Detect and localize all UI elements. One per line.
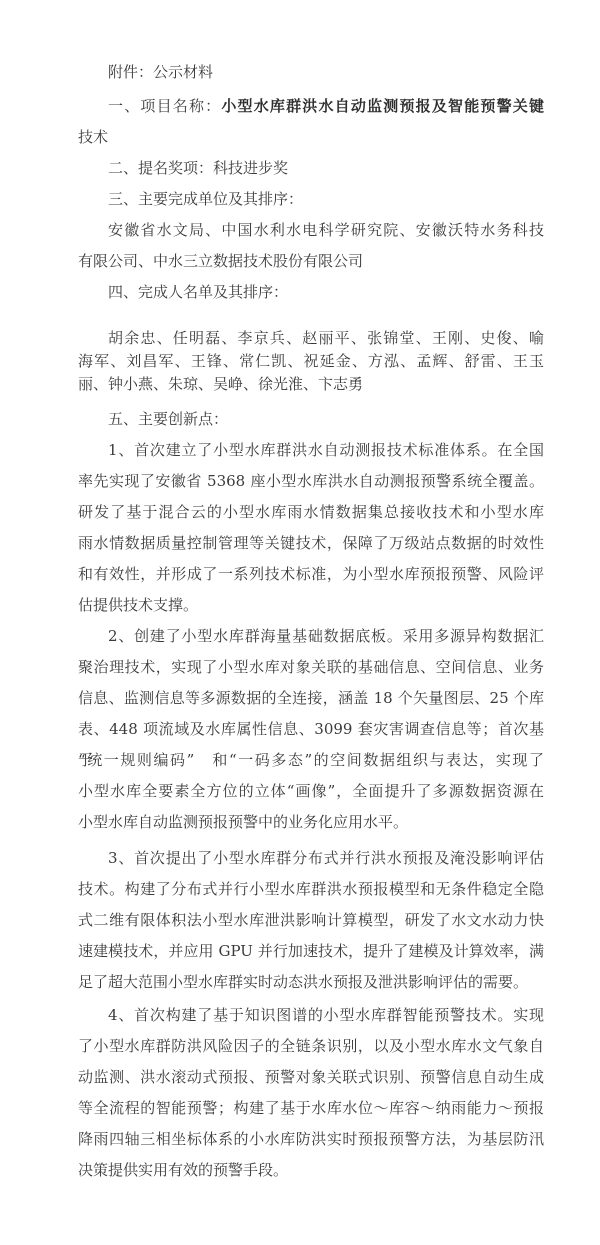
project-title-tail: 技术 — [78, 122, 544, 153]
project-name-bold: 小型水库群洪水自动监测预报及智能预警关键 — [221, 97, 544, 115]
innovation-point-4: 4、首次构建了基于知识图谱的小型水库群智能预警技术。实现 了小型水库群防洪风险因… — [78, 1000, 544, 1186]
names-line-3: 丽、钟小燕、朱琼、吴峥、徐光淮、卞志勇 — [78, 373, 544, 396]
award-line: 二、提名奖项：科技进步奖 — [78, 153, 544, 184]
project-label: 一、项目名称： — [108, 97, 221, 115]
innovation-point-1: 1、首次建立了小型水库群洪水自动测报技术标准体系。在全国 率先实现了安徽省 53… — [78, 435, 544, 621]
point1-line-3: 研发了基于混合云的小型水库雨水情数据集总接收技术和小型水库 — [78, 497, 544, 528]
names-line-1: 胡余忠、任明磊、李京兵、赵丽平、张锦堂、王刚、史俊、喻 — [78, 327, 544, 350]
point2-line-2: 聚治理技术，实现了小型水库对象关联的基础信息、空间信息、业务 — [78, 652, 544, 683]
document-page: 附件：公示材料 一、项目名称：小型水库群洪水自动监测预报及智能预警关键 技术 二… — [0, 0, 600, 1245]
point4-line-3: 动监测、洪水滚动式预报、预警对象关联式识别、预警信息自动生成 — [78, 1062, 544, 1093]
units-line-1: 安徽省水文局、中国水利水电科学研究院、安徽沃特水务科技 — [78, 215, 544, 246]
point2-line-7: 小型水库自动监测预报预警中的业务化应用水平。 — [78, 807, 544, 838]
innovations-heading: 五、主要创新点： — [78, 404, 544, 435]
people-heading: 四、完成人名单及其排序： — [78, 277, 544, 308]
point2-line-3: 信息、监测信息等多源数据的全连接，涵盖 18 个矢量图层、25 个库 — [78, 683, 544, 714]
point2-line-1: 2、创建了小型水库群海量基础数据底板。采用多源异构数据汇 — [78, 621, 544, 652]
point1-line-2: 率先实现了安徽省 5368 座小型水库洪水自动测报预警系统全覆盖。 — [78, 466, 544, 497]
point3-line-2: 技术。构建了分布式并行小型水库群洪水预报模型和无条件稳定全隐 — [78, 874, 544, 905]
point1-line-6: 估提供技术支撑。 — [78, 590, 544, 621]
units-line-2: 有限公司、中水三立数据技术股份有限公司 — [78, 246, 544, 277]
point2-line-6: 小型水库全要素全方位的立体“画像”，全面提升了多源数据资源在 — [78, 776, 544, 807]
point3-line-3: 式二维有限体积法小型水库泄洪影响计算模型，研发了水文水动力快 — [78, 905, 544, 936]
point1-line-4: 雨水情数据质量控制管理等关键技术，保障了万级站点数据的时效性 — [78, 528, 544, 559]
point2-line-4: 表、448 项流域及水库属性信息、3099 套灾害调查信息等；首次基于 — [78, 714, 544, 745]
project-title-line: 一、项目名称：小型水库群洪水自动监测预报及智能预警关键 — [78, 91, 544, 122]
point3-line-5: 足了超大范围小型水库群实时动态洪水预报及泄洪影响评估的需要。 — [78, 967, 544, 998]
innovation-point-3: 3、首次提出了小型水库群分布式并行洪水预报及淹没影响评估 技术。构建了分布式并行… — [78, 843, 544, 998]
point4-line-4: 等全流程的智能预警；构建了基于水库水位～库容～纳雨能力～预报 — [78, 1093, 544, 1124]
point3-line-4: 速建模技术，并应用 GPU 并行加速技术，提升了建模及计算效率，满 — [78, 936, 544, 967]
people-names-paragraph: 胡余忠、任明磊、李京兵、赵丽平、张锦堂、王刚、史俊、喻 海军、刘昌军、王锋、常仁… — [78, 327, 544, 396]
point4-line-1: 4、首次构建了基于知识图谱的小型水库群智能预警技术。实现 — [78, 1000, 544, 1031]
units-heading: 三、主要完成单位及其排序： — [78, 184, 544, 215]
point1-line-5: 和有效性，并形成了一系列技术标准，为小型水库预报预警、风险评 — [78, 559, 544, 590]
units-section: 三、主要完成单位及其排序： 安徽省水文局、中国水利水电科学研究院、安徽沃特水务科… — [78, 184, 544, 277]
point4-line-2: 了小型水库群防洪风险因子的全链条识别，以及小型水库水文气象自 — [78, 1031, 544, 1062]
attachment-label: 附件：公示材料 — [78, 57, 544, 88]
point4-line-5: 降雨四轴三相坐标体系的小水库防洪实时预报预警方法，为基层防汛 — [78, 1124, 544, 1155]
point4-line-6: 决策提供实用有效的预警手段。 — [78, 1155, 544, 1186]
point2-line-5: “统一规则编码” 和“一码多态”的空间数据组织与表达，实现了 — [78, 745, 544, 776]
innovation-point-2: 2、创建了小型水库群海量基础数据底板。采用多源异构数据汇 聚治理技术，实现了小型… — [78, 621, 544, 838]
point3-line-1: 3、首次提出了小型水库群分布式并行洪水预报及淹没影响评估 — [78, 843, 544, 874]
names-line-2: 海军、刘昌军、王锋、常仁凯、祝延金、方泓、孟辉、舒雷、王玉 — [78, 350, 544, 373]
point1-line-1: 1、首次建立了小型水库群洪水自动测报技术标准体系。在全国 — [78, 435, 544, 466]
